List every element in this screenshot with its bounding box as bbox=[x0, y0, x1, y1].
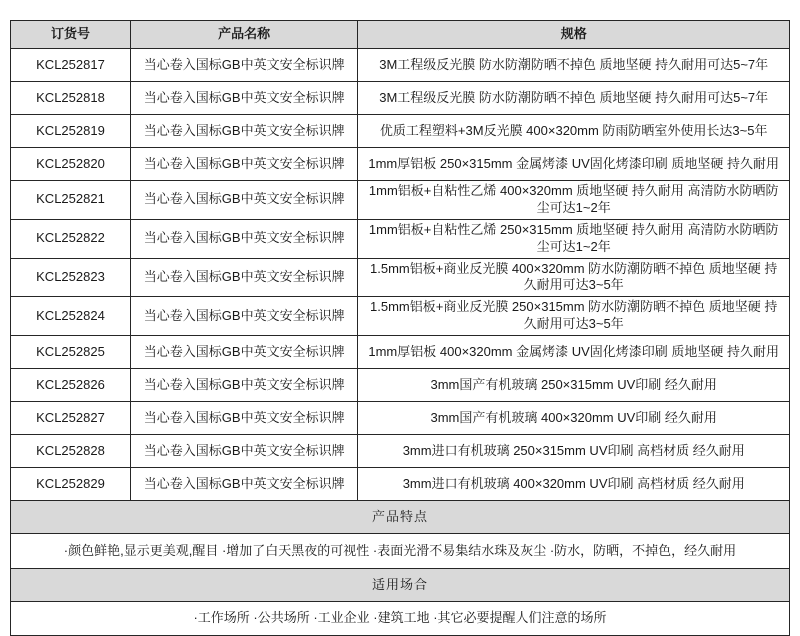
col-header-product-name: 产品名称 bbox=[130, 21, 357, 49]
col-header-spec: 规格 bbox=[358, 21, 790, 49]
product-spec-page: 订货号 产品名称 规格 KCL252817 当心卷入国标GB中英文安全标识牌 3… bbox=[10, 20, 790, 632]
order-no-cell: KCL252822 bbox=[11, 219, 131, 258]
product-name-cell: 当心卷入国标GB中英文安全标识牌 bbox=[130, 297, 357, 336]
table-row: KCL252827 当心卷入国标GB中英文安全标识牌 3mm国产有机玻璃 400… bbox=[11, 402, 790, 435]
applicable-content-row: ·工作场所 ·公共场所 ·工业企业 ·建筑工地 ·其它必要提醒人们注意的场所 bbox=[11, 602, 790, 632]
spec-cell: 1mm厚铝板 250×315mm 金属烤漆 UV固化烤漆印刷 质地坚硬 持久耐用 bbox=[358, 148, 790, 181]
features-section-content: ·颜色鲜艳,显示更美观,醒目 ·增加了白天黑夜的可视性 ·表面光滑不易集结水珠及… bbox=[11, 534, 790, 569]
order-no-cell: KCL252827 bbox=[11, 402, 131, 435]
spec-cell: 3mm国产有机玻璃 400×320mm UV印刷 经久耐用 bbox=[358, 402, 790, 435]
spec-cell: 1mm铝板+自粘性乙烯 250×315mm 质地坚硬 持久耐用 高清防水防晒防尘… bbox=[358, 219, 790, 258]
spec-cell: 3M工程级反光膜 防水防潮防晒不掉色 质地坚硬 持久耐用可达5~7年 bbox=[358, 49, 790, 82]
table-row: KCL252818 当心卷入国标GB中英文安全标识牌 3M工程级反光膜 防水防潮… bbox=[11, 82, 790, 115]
spec-cell: 3mm进口有机玻璃 400×320mm UV印刷 高档材质 经久耐用 bbox=[358, 468, 790, 501]
table-row: KCL252824 当心卷入国标GB中英文安全标识牌 1.5mm铝板+商业反光膜… bbox=[11, 297, 790, 336]
spec-cell: 1.5mm铝板+商业反光膜 250×315mm 防水防潮防晒不掉色 质地坚硬 持… bbox=[358, 297, 790, 336]
table-row: KCL252828 当心卷入国标GB中英文安全标识牌 3mm进口有机玻璃 250… bbox=[11, 435, 790, 468]
features-content-row: ·颜色鲜艳,显示更美观,醒目 ·增加了白天黑夜的可视性 ·表面光滑不易集结水珠及… bbox=[11, 534, 790, 569]
product-name-cell: 当心卷入国标GB中英文安全标识牌 bbox=[130, 82, 357, 115]
order-no-cell: KCL252819 bbox=[11, 115, 131, 148]
product-name-cell: 当心卷入国标GB中英文安全标识牌 bbox=[130, 258, 357, 297]
table-row: KCL252817 当心卷入国标GB中英文安全标识牌 3M工程级反光膜 防水防潮… bbox=[11, 49, 790, 82]
features-header-row: 产品特点 bbox=[11, 501, 790, 534]
applicable-section-title: 适用场合 bbox=[11, 569, 790, 602]
spec-cell: 3M工程级反光膜 防水防潮防晒不掉色 质地坚硬 持久耐用可达5~7年 bbox=[358, 82, 790, 115]
table-row: KCL252822 当心卷入国标GB中英文安全标识牌 1mm铝板+自粘性乙烯 2… bbox=[11, 219, 790, 258]
applicable-header-row: 适用场合 bbox=[11, 569, 790, 602]
product-name-cell: 当心卷入国标GB中英文安全标识牌 bbox=[130, 115, 357, 148]
spec-cell: 优质工程塑料+3M反光膜 400×320mm 防雨防晒室外使用长达3~5年 bbox=[358, 115, 790, 148]
table-row: KCL252820 当心卷入国标GB中英文安全标识牌 1mm厚铝板 250×31… bbox=[11, 148, 790, 181]
product-name-cell: 当心卷入国标GB中英文安全标识牌 bbox=[130, 336, 357, 369]
order-no-cell: KCL252828 bbox=[11, 435, 131, 468]
table-row: KCL252829 当心卷入国标GB中英文安全标识牌 3mm进口有机玻璃 400… bbox=[11, 468, 790, 501]
product-name-cell: 当心卷入国标GB中英文安全标识牌 bbox=[130, 219, 357, 258]
table-row: KCL252821 当心卷入国标GB中英文安全标识牌 1mm铝板+自粘性乙烯 4… bbox=[11, 181, 790, 220]
order-no-cell: KCL252823 bbox=[11, 258, 131, 297]
order-no-cell: KCL252818 bbox=[11, 82, 131, 115]
spec-cell: 3mm进口有机玻璃 250×315mm UV印刷 高档材质 经久耐用 bbox=[358, 435, 790, 468]
table-row: KCL252825 当心卷入国标GB中英文安全标识牌 1mm厚铝板 400×32… bbox=[11, 336, 790, 369]
product-name-cell: 当心卷入国标GB中英文安全标识牌 bbox=[130, 49, 357, 82]
table-header-row: 订货号 产品名称 规格 bbox=[11, 21, 790, 49]
table-row: KCL252826 当心卷入国标GB中英文安全标识牌 3mm国产有机玻璃 250… bbox=[11, 369, 790, 402]
order-no-cell: KCL252817 bbox=[11, 49, 131, 82]
product-name-cell: 当心卷入国标GB中英文安全标识牌 bbox=[130, 369, 357, 402]
product-spec-table: 订货号 产品名称 规格 KCL252817 当心卷入国标GB中英文安全标识牌 3… bbox=[10, 20, 790, 632]
product-name-cell: 当心卷入国标GB中英文安全标识牌 bbox=[130, 435, 357, 468]
order-no-cell: KCL252829 bbox=[11, 468, 131, 501]
product-name-cell: 当心卷入国标GB中英文安全标识牌 bbox=[130, 402, 357, 435]
features-section-title: 产品特点 bbox=[11, 501, 790, 534]
product-name-cell: 当心卷入国标GB中英文安全标识牌 bbox=[130, 468, 357, 501]
order-no-cell: KCL252820 bbox=[11, 148, 131, 181]
product-name-cell: 当心卷入国标GB中英文安全标识牌 bbox=[130, 148, 357, 181]
spec-cell: 1mm厚铝板 400×320mm 金属烤漆 UV固化烤漆印刷 质地坚硬 持久耐用 bbox=[358, 336, 790, 369]
order-no-cell: KCL252821 bbox=[11, 181, 131, 220]
order-no-cell: KCL252824 bbox=[11, 297, 131, 336]
product-name-cell: 当心卷入国标GB中英文安全标识牌 bbox=[130, 181, 357, 220]
table-row: KCL252823 当心卷入国标GB中英文安全标识牌 1.5mm铝板+商业反光膜… bbox=[11, 258, 790, 297]
order-no-cell: KCL252826 bbox=[11, 369, 131, 402]
col-header-order-no: 订货号 bbox=[11, 21, 131, 49]
spec-cell: 1.5mm铝板+商业反光膜 400×320mm 防水防潮防晒不掉色 质地坚硬 持… bbox=[358, 258, 790, 297]
order-no-cell: KCL252825 bbox=[11, 336, 131, 369]
spec-cell: 3mm国产有机玻璃 250×315mm UV印刷 经久耐用 bbox=[358, 369, 790, 402]
applicable-section-content: ·工作场所 ·公共场所 ·工业企业 ·建筑工地 ·其它必要提醒人们注意的场所 bbox=[11, 602, 790, 632]
spec-cell: 1mm铝板+自粘性乙烯 400×320mm 质地坚硬 持久耐用 高清防水防晒防尘… bbox=[358, 181, 790, 220]
table-row: KCL252819 当心卷入国标GB中英文安全标识牌 优质工程塑料+3M反光膜 … bbox=[11, 115, 790, 148]
